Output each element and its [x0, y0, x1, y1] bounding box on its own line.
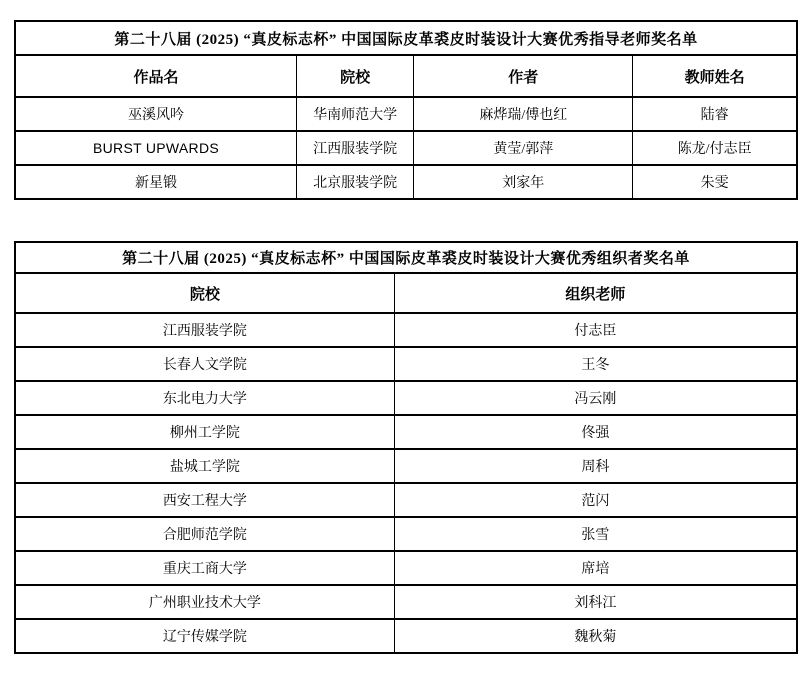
table-title-row: 第二十八届 (2025) “真皮标志杯” 中国国际皮革裘皮时装设计大赛优秀指导老… — [15, 21, 797, 55]
work-name-cell: BURST UPWARDS — [15, 131, 297, 165]
organizing-teacher-cell: 周科 — [394, 449, 797, 483]
school-cell: 东北电力大学 — [15, 381, 394, 415]
table-row: BURST UPWARDS 江西服装学院 黄莹/郭萍 陈龙/付志臣 — [15, 131, 797, 165]
organizing-teacher-cell: 席培 — [394, 551, 797, 585]
document-page: 第二十八届 (2025) “真皮标志杯” 中国国际皮革裘皮时装设计大赛优秀指导老… — [0, 0, 812, 675]
author-cell: 麻烨瑞/傅也红 — [414, 97, 633, 131]
table-row: 柳州工学院 佟强 — [15, 415, 797, 449]
column-header-work-name: 作品名 — [15, 55, 297, 97]
teacher-cell: 陈龙/付志臣 — [633, 131, 797, 165]
school-cell: 辽宁传媒学院 — [15, 619, 394, 653]
table-row: 巫溪风吟 华南师范大学 麻烨瑞/傅也红 陆睿 — [15, 97, 797, 131]
column-header-teacher-name: 教师姓名 — [633, 55, 797, 97]
organizing-teacher-cell: 范闪 — [394, 483, 797, 517]
table-row: 东北电力大学 冯云刚 — [15, 381, 797, 415]
organizing-teacher-cell: 冯云刚 — [394, 381, 797, 415]
organizing-teacher-cell: 张雪 — [394, 517, 797, 551]
school-cell: 江西服装学院 — [297, 131, 414, 165]
column-header-row: 作品名 院校 作者 教师姓名 — [15, 55, 797, 97]
table-row: 重庆工商大学 席培 — [15, 551, 797, 585]
organizing-teacher-cell: 佟强 — [394, 415, 797, 449]
column-header-school: 院校 — [297, 55, 414, 97]
column-header-organizing-teacher: 组织老师 — [394, 273, 797, 313]
organizing-teacher-cell: 刘科江 — [394, 585, 797, 619]
organizer-award-table: 第二十八届 (2025) “真皮标志杯” 中国国际皮革裘皮时装设计大赛优秀组织者… — [14, 241, 798, 654]
instructor-table-title: 第二十八届 (2025) “真皮标志杯” 中国国际皮革裘皮时装设计大赛优秀指导老… — [15, 21, 797, 55]
organizing-teacher-cell: 王冬 — [394, 347, 797, 381]
table-row: 广州职业技术大学 刘科江 — [15, 585, 797, 619]
table-row: 西安工程大学 范闪 — [15, 483, 797, 517]
column-header-author: 作者 — [414, 55, 633, 97]
teacher-cell: 陆睿 — [633, 97, 797, 131]
school-cell: 长春人文学院 — [15, 347, 394, 381]
author-cell: 刘家年 — [414, 165, 633, 199]
organizing-teacher-cell: 魏秋菊 — [394, 619, 797, 653]
table-row: 合肥师范学院 张雪 — [15, 517, 797, 551]
school-cell: 重庆工商大学 — [15, 551, 394, 585]
organizer-table-title: 第二十八届 (2025) “真皮标志杯” 中国国际皮革裘皮时装设计大赛优秀组织者… — [15, 242, 797, 273]
table-row: 新星锻 北京服装学院 刘家年 朱雯 — [15, 165, 797, 199]
school-cell: 广州职业技术大学 — [15, 585, 394, 619]
school-cell: 西安工程大学 — [15, 483, 394, 517]
organizing-teacher-cell: 付志臣 — [394, 313, 797, 347]
work-name-cell: 新星锻 — [15, 165, 297, 199]
school-cell: 柳州工学院 — [15, 415, 394, 449]
table-row: 长春人文学院 王冬 — [15, 347, 797, 381]
work-name-cell: 巫溪风吟 — [15, 97, 297, 131]
school-cell: 华南师范大学 — [297, 97, 414, 131]
school-cell: 盐城工学院 — [15, 449, 394, 483]
table-row: 盐城工学院 周科 — [15, 449, 797, 483]
table-row: 辽宁传媒学院 魏秋菊 — [15, 619, 797, 653]
table-title-row: 第二十八届 (2025) “真皮标志杯” 中国国际皮革裘皮时装设计大赛优秀组织者… — [15, 242, 797, 273]
school-cell: 合肥师范学院 — [15, 517, 394, 551]
table-row: 江西服装学院 付志臣 — [15, 313, 797, 347]
school-cell: 北京服装学院 — [297, 165, 414, 199]
school-cell: 江西服装学院 — [15, 313, 394, 347]
instructor-award-table: 第二十八届 (2025) “真皮标志杯” 中国国际皮革裘皮时装设计大赛优秀指导老… — [14, 20, 798, 200]
author-cell: 黄莹/郭萍 — [414, 131, 633, 165]
teacher-cell: 朱雯 — [633, 165, 797, 199]
column-header-school: 院校 — [15, 273, 394, 313]
column-header-row: 院校 组织老师 — [15, 273, 797, 313]
